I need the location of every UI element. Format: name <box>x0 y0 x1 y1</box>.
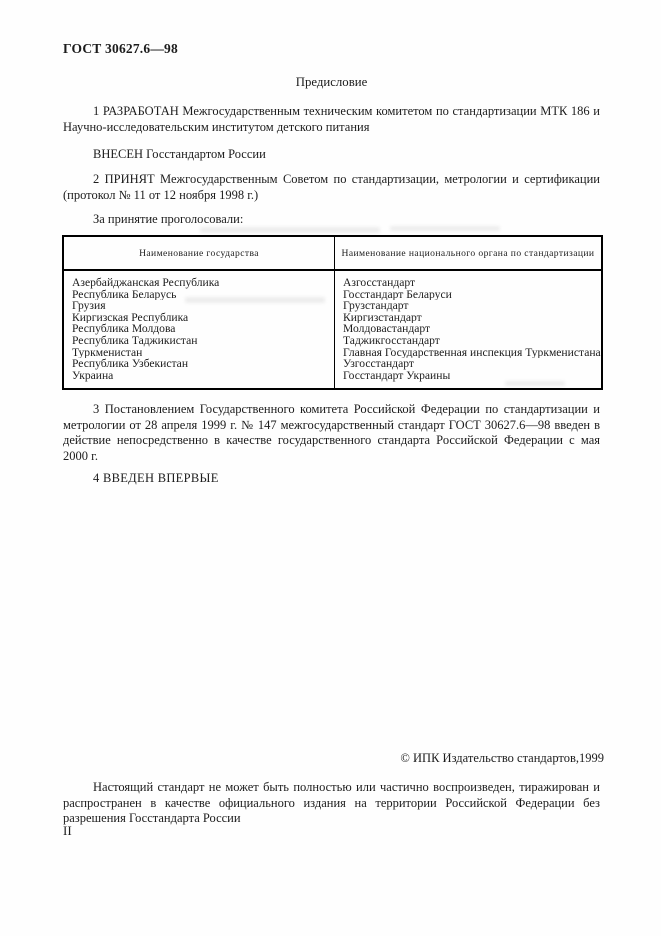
voting-table-head: Наименование государства Наименование на… <box>63 236 602 270</box>
column-header-country: Наименование государства <box>63 236 335 270</box>
org-cell: Узгосстандарт <box>335 358 603 370</box>
page-number: II <box>63 823 72 839</box>
doc-number: ГОСТ 30627.6—98 <box>63 41 178 57</box>
table-row: Азербайджанская РеспубликаАзгосстандарт <box>63 270 602 289</box>
header-row: Наименование государства Наименование на… <box>63 236 602 270</box>
table-row: Республика БеларусьГосстандарт Беларуси <box>63 289 602 301</box>
voting-table-body: Азербайджанская РеспубликаАзгосстандартР… <box>63 270 602 389</box>
table-row: ТуркменистанГлавная Государственная инсп… <box>63 347 602 359</box>
country-cell: Киргизская Республика <box>63 312 335 324</box>
table-row: Республика МолдоваМолдовастандарт <box>63 323 602 335</box>
scan-artifact <box>390 226 500 231</box>
org-cell: Киргизстандарт <box>335 312 603 324</box>
table-row: УкраинаГосстандарт Украины <box>63 370 602 390</box>
country-cell: Республика Таджикистан <box>63 335 335 347</box>
paragraph-submitted: ВНЕСЕН Госстандартом России <box>63 147 600 163</box>
page-title: Предисловие <box>63 75 600 90</box>
org-cell: Главная Государственная инспекция Туркме… <box>335 347 603 359</box>
paragraph-decree: 3 Постановлением Государственного комите… <box>63 402 600 464</box>
org-cell: Госстандарт Беларуси <box>335 289 603 301</box>
table-row: Республика УзбекистанУзгосстандарт <box>63 358 602 370</box>
country-cell: Грузия <box>63 300 335 312</box>
org-cell: Грузстандарт <box>335 300 603 312</box>
org-cell: Госстандарт Украины <box>335 370 603 390</box>
country-cell: Азербайджанская Республика <box>63 270 335 289</box>
voting-table: Наименование государства Наименование на… <box>62 235 603 390</box>
paragraph-introduced-first: 4 ВВЕДЕН ВПЕРВЫЕ <box>63 471 600 487</box>
table-row: Республика ТаджикистанТаджикгосстандарт <box>63 335 602 347</box>
country-cell: Республика Молдова <box>63 323 335 335</box>
copyright-line: © ИПК Издательство стандартов,1999 <box>63 751 604 766</box>
document-page: ГОСТ 30627.6—98 Предисловие 1 РАЗРАБОТАН… <box>0 0 661 936</box>
country-cell: Туркменистан <box>63 347 335 359</box>
country-cell: Республика Узбекистан <box>63 358 335 370</box>
org-cell: Азгосстандарт <box>335 270 603 289</box>
table-row: Киргизская РеспубликаКиргизстандарт <box>63 312 602 324</box>
scan-artifact <box>200 227 380 233</box>
paragraph-accepted: 2 ПРИНЯТ Межгосударственным Советом по с… <box>63 172 600 203</box>
column-header-org: Наименование национального органа по ста… <box>335 236 603 270</box>
country-cell: Республика Беларусь <box>63 289 335 301</box>
country-cell: Украина <box>63 370 335 390</box>
paragraph-voted-intro: За принятие проголосовали: <box>63 212 600 228</box>
table-row: ГрузияГрузстандарт <box>63 300 602 312</box>
paragraph-developed: 1 РАЗРАБОТАН Межгосударственным техничес… <box>63 104 600 135</box>
org-cell: Таджикгосстандарт <box>335 335 603 347</box>
org-cell: Молдовастандарт <box>335 323 603 335</box>
reproduction-notice: Настоящий стандарт не может быть полност… <box>63 780 600 827</box>
